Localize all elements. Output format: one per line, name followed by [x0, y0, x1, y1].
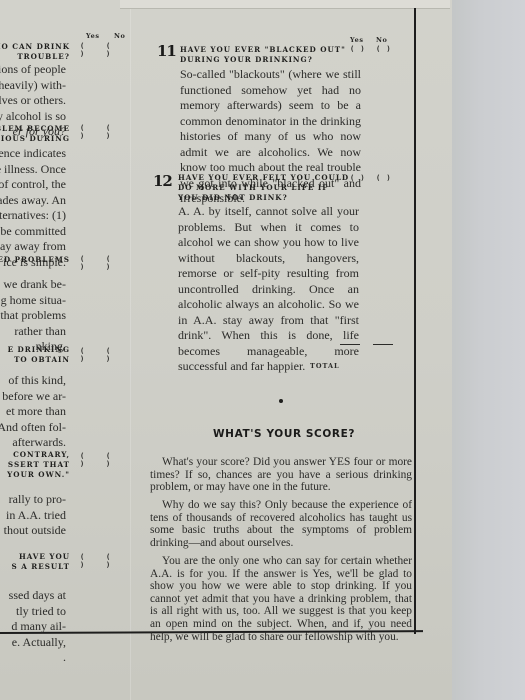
yes-checkbox[interactable]: ( ) — [350, 174, 366, 182]
question-body: we drank be-g home situa-that problemsra… — [0, 277, 66, 355]
question-body: of this kind,before we ar-et more thanAn… — [0, 373, 66, 451]
question-body: dence indicatese illness. Onceof control… — [0, 146, 66, 270]
no-checkbox[interactable]: ( ) — [106, 347, 111, 363]
question-body: rally to pro-in A.A. triedthout outside — [0, 492, 66, 539]
question-heading: ED PROBLEMS — [0, 255, 70, 265]
yes-checkbox[interactable]: ( ) — [80, 124, 85, 140]
yes-column-label: Yes — [350, 36, 364, 44]
yes-checkbox[interactable]: ( ) — [350, 45, 366, 53]
yes-checkbox[interactable]: ( ) — [80, 42, 85, 58]
yes-checkbox[interactable]: ( ) — [80, 255, 85, 271]
section-divider-dot — [279, 399, 283, 403]
question-heading: BLEM BECOMERIOUS DURING — [0, 124, 70, 144]
no-total-blank[interactable] — [373, 344, 393, 345]
question-heading: HAVE YOU EVER "BLACKED OUT" DURING YOUR … — [180, 45, 360, 65]
no-column-label: No — [376, 36, 387, 44]
score-paragraph: Why do we say this? Only because the exp… — [150, 499, 412, 549]
score-paragraph: What's your score? Did you answer YES fo… — [150, 456, 412, 494]
question-number: 11 — [157, 42, 176, 60]
question-heading: E DRINKINGTO OBTAIN — [0, 345, 70, 365]
no-checkbox[interactable]: ( ) — [376, 174, 392, 182]
question-body: A. A. by itself, cannot solve all your p… — [178, 204, 359, 375]
no-checkbox[interactable]: ( ) — [106, 452, 111, 468]
paper-fold-crease — [130, 0, 131, 700]
top-page-edge — [120, 0, 450, 9]
no-column-label: No — [114, 32, 125, 40]
question-heading: HO CAN DRINKTROUBLE? — [0, 42, 70, 62]
no-checkbox[interactable]: ( ) — [106, 553, 111, 569]
yes-checkbox[interactable]: ( ) — [80, 553, 85, 569]
yes-total-blank[interactable] — [340, 344, 360, 345]
score-paragraph: You are the only one who can say for cer… — [150, 555, 412, 643]
background-surface — [450, 0, 525, 700]
no-checkbox[interactable]: ( ) — [106, 124, 111, 140]
question-body: ssed days attly tried tod many ail-e. Ac… — [0, 588, 66, 666]
left-questions-column: HO CAN DRINKTROUBLE?illions of peoples h… — [0, 0, 70, 700]
question-number: 12 — [153, 172, 172, 190]
no-checkbox[interactable]: ( ) — [106, 255, 111, 271]
question-heading: CONTRARY,SSERT THATYOUR OWN." — [0, 450, 70, 480]
total-label: TOTAL — [310, 362, 340, 370]
question-heading: HAVE YOU EVER FELT YOU COULD DO MORE WIT… — [178, 173, 358, 203]
no-checkbox[interactable]: ( ) — [376, 45, 392, 53]
yes-column-label: Yes — [86, 32, 100, 40]
question-heading: HAVE YOUS A RESULT — [0, 552, 70, 572]
yes-checkbox[interactable]: ( ) — [80, 347, 85, 363]
yes-checkbox[interactable]: ( ) — [80, 452, 85, 468]
page-frame-right-rule — [414, 8, 416, 634]
score-section-title: WHAT'S YOUR SCORE? — [213, 428, 355, 440]
no-checkbox[interactable]: ( ) — [106, 42, 111, 58]
